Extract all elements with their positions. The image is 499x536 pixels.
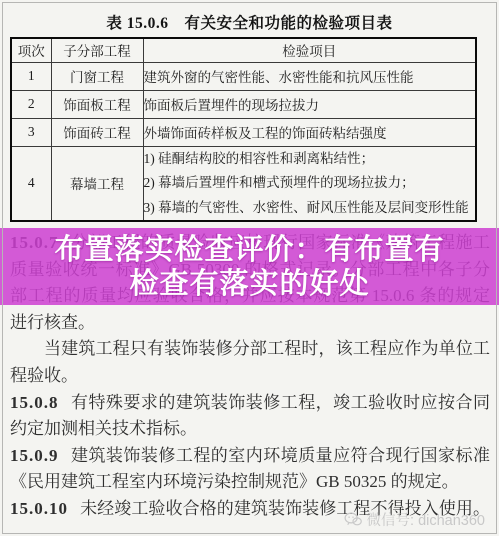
table-row: 3 饰面砖工程 外墙饰面砖样板及工程的饰面砖粘结强度 (11, 118, 476, 146)
row-item-line: 3) 幕墙的气密性、水密性、耐风压性能及层间变形性能 (144, 196, 476, 221)
table-title: 表 15.0.6 有关安全和功能的检验项目表 (0, 11, 499, 33)
document-page: 表 15.0.6 有关安全和功能的检验项目表 项次 子分部工程 检验项目 1 门… (0, 0, 499, 536)
clause-line: 当建筑工程只有装饰装修分部工程时，该工程应作为单位工 (10, 336, 490, 363)
clause-line: 15.0.8有特殊要求的建筑装饰装修工程，竣工验收时应按合同 (10, 390, 490, 417)
table-row: 2 饰面板工程 饰面板后置埋件的现场拉拔力 (11, 90, 476, 118)
row-items: 建筑外窗的气密性能、水密性能和抗风压性能 (143, 62, 476, 90)
row-index: 2 (11, 90, 51, 118)
col-header-index: 项次 (11, 38, 51, 62)
table-header-row: 项次 子分部工程 检验项目 (11, 38, 476, 62)
banner-line-1: 布置落实检查评价：有布置有 (0, 233, 499, 267)
row-items: 外墙饰面砖样板及工程的饰面砖粘结强度 (143, 118, 476, 146)
clause-line: 程验收。 (10, 363, 490, 390)
row-subproject: 幕墙工程 (51, 146, 143, 221)
clause-line: 15.0.9建筑装饰装修工程的室内环境质量应符合现行国家标准 (10, 443, 490, 470)
col-header-subproject: 子分部工程 (51, 38, 143, 62)
inspection-table: 项次 子分部工程 检验项目 1 门窗工程 建筑外窗的气密性能、水密性能和抗风压性… (10, 37, 477, 222)
wechat-icon (344, 512, 362, 527)
banner-text: 布置落实检查评价：有布置有 检查有落实的好处 (0, 228, 499, 305)
clause-number: 15.0.8 (10, 393, 59, 412)
clause-number: 15.0.10 (10, 499, 68, 518)
watermark-label: 微信号: dichan360 (367, 509, 485, 530)
row-index: 3 (11, 118, 51, 146)
watermark: 微信号: dichan360 (344, 509, 485, 530)
row-items: 1) 硅酮结构胶的相容性和剥离粘结性； 2) 幕墙后置埋件和槽式预埋件的现场拉拔… (143, 146, 476, 221)
row-subproject: 门窗工程 (51, 62, 143, 90)
table-row: 4 幕墙工程 1) 硅酮结构胶的相容性和剥离粘结性； 2) 幕墙后置埋件和槽式预… (11, 146, 476, 221)
banner-line-2: 检查有落实的好处 (0, 267, 499, 301)
promo-banner-overlay: 布置落实检查评价：有布置有 检查有落实的好处 (0, 228, 499, 305)
row-item-line: 2) 幕墙后置埋件和槽式预埋件的现场拉拔力； (144, 171, 476, 196)
row-index: 4 (11, 146, 51, 221)
clause-line: 进行核查。 (10, 310, 490, 337)
row-subproject: 饰面砖工程 (51, 118, 143, 146)
row-subproject: 饰面板工程 (51, 90, 143, 118)
clause-line: 约定加测相关技术指标。 (10, 416, 490, 443)
col-header-items: 检验项目 (143, 38, 476, 62)
clause-line: 《民用建筑工程室内环境污染控制规范》GB 50325 的规定。 (10, 469, 490, 496)
table-row: 1 门窗工程 建筑外窗的气密性能、水密性能和抗风压性能 (11, 62, 476, 90)
clause-number: 15.0.9 (10, 446, 59, 465)
row-item-line: 1) 硅酮结构胶的相容性和剥离粘结性； (144, 147, 476, 172)
row-index: 1 (11, 62, 51, 90)
row-items: 饰面板后置埋件的现场拉拔力 (143, 90, 476, 118)
